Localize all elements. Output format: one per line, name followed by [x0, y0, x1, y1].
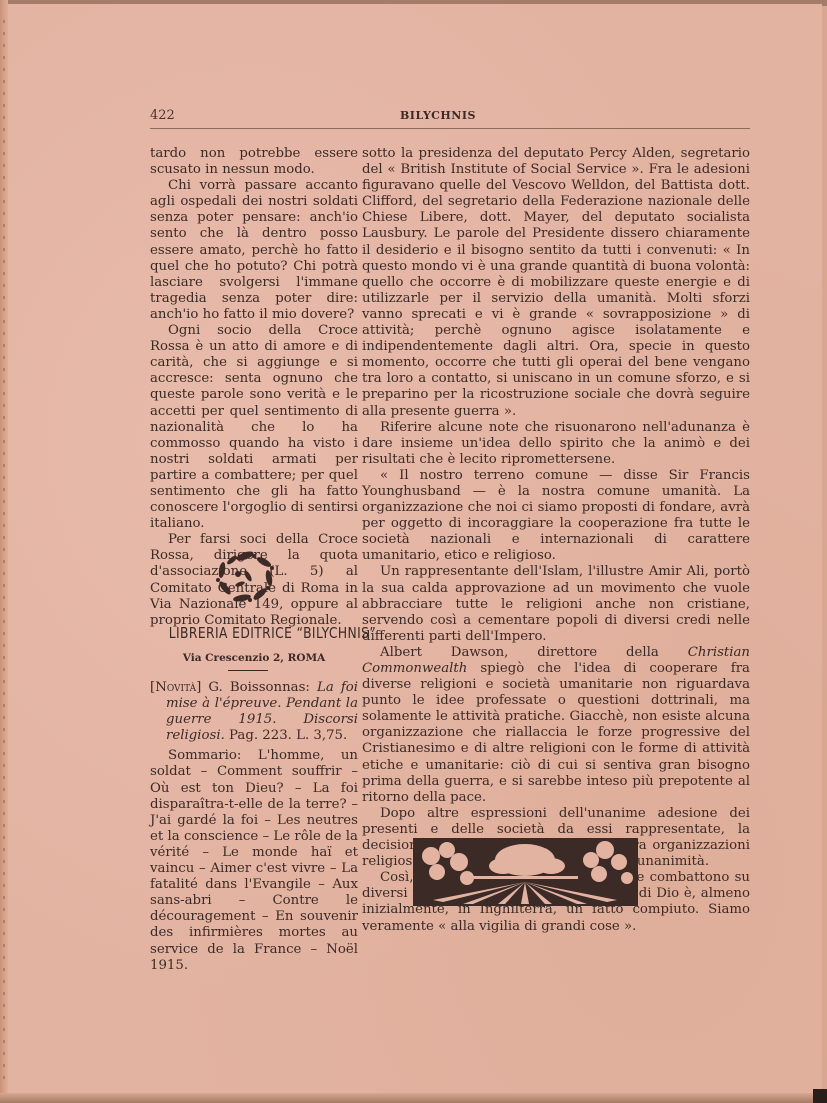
novelty-tag: [Novità]: [150, 680, 201, 695]
paragraph: « Il nostro terreno comune — disse Sir F…: [362, 468, 750, 565]
page-header: 422 BILYCHNIS: [150, 108, 750, 129]
book-entry: [Novità] G. Boissonnas: La foi mise à l'…: [150, 680, 358, 744]
landscape-vignette-icon: [413, 838, 638, 906]
publisher-title: LIBRERIA EDITRICE “BILYCHNIS”: [169, 624, 340, 642]
book-summary: Sommario: L'homme, un soldat – Comment s…: [150, 748, 358, 973]
page-number: 422: [150, 108, 175, 123]
paragraph: tardo non potrebbe essere scusato in nes…: [150, 146, 358, 178]
text-run: spiegò che l'idea di cooperare fra diver…: [362, 661, 750, 805]
divider: [228, 670, 268, 671]
paragraph: Riferire alcune note che risuonarono nel…: [362, 420, 750, 468]
scan-corner: [813, 1089, 827, 1103]
paragraph: Albert Dawson, direttore della Christian…: [362, 645, 750, 806]
page-bottom-edge: [0, 1093, 827, 1103]
floral-wreath-icon: [212, 548, 278, 604]
book-details: Pag. 223. L. 3,75.: [229, 728, 347, 743]
running-head: BILYCHNIS: [400, 109, 476, 122]
binding-stitches: [3, 20, 5, 1080]
right-column: sotto la presidenza del deputato Percy A…: [362, 146, 750, 935]
book-listing: [Novità] G. Boissonnas: La foi mise à l'…: [150, 680, 358, 974]
book-author: G. Boissonnas:: [208, 680, 310, 695]
text-run: Albert Dawson, direttore della: [380, 645, 688, 660]
paragraph: Chi vorrà passare accanto agli ospedali …: [150, 178, 358, 323]
publisher-address: Via Crescenzio 2, ROMA: [150, 652, 358, 664]
paragraph: sotto la presidenza del deputato Percy A…: [362, 146, 750, 420]
paragraph: Un rappresentante dell'Islam, l'illustre…: [362, 564, 750, 644]
paragraph: Ogni socio della Croce Rossa è un atto d…: [150, 323, 358, 532]
